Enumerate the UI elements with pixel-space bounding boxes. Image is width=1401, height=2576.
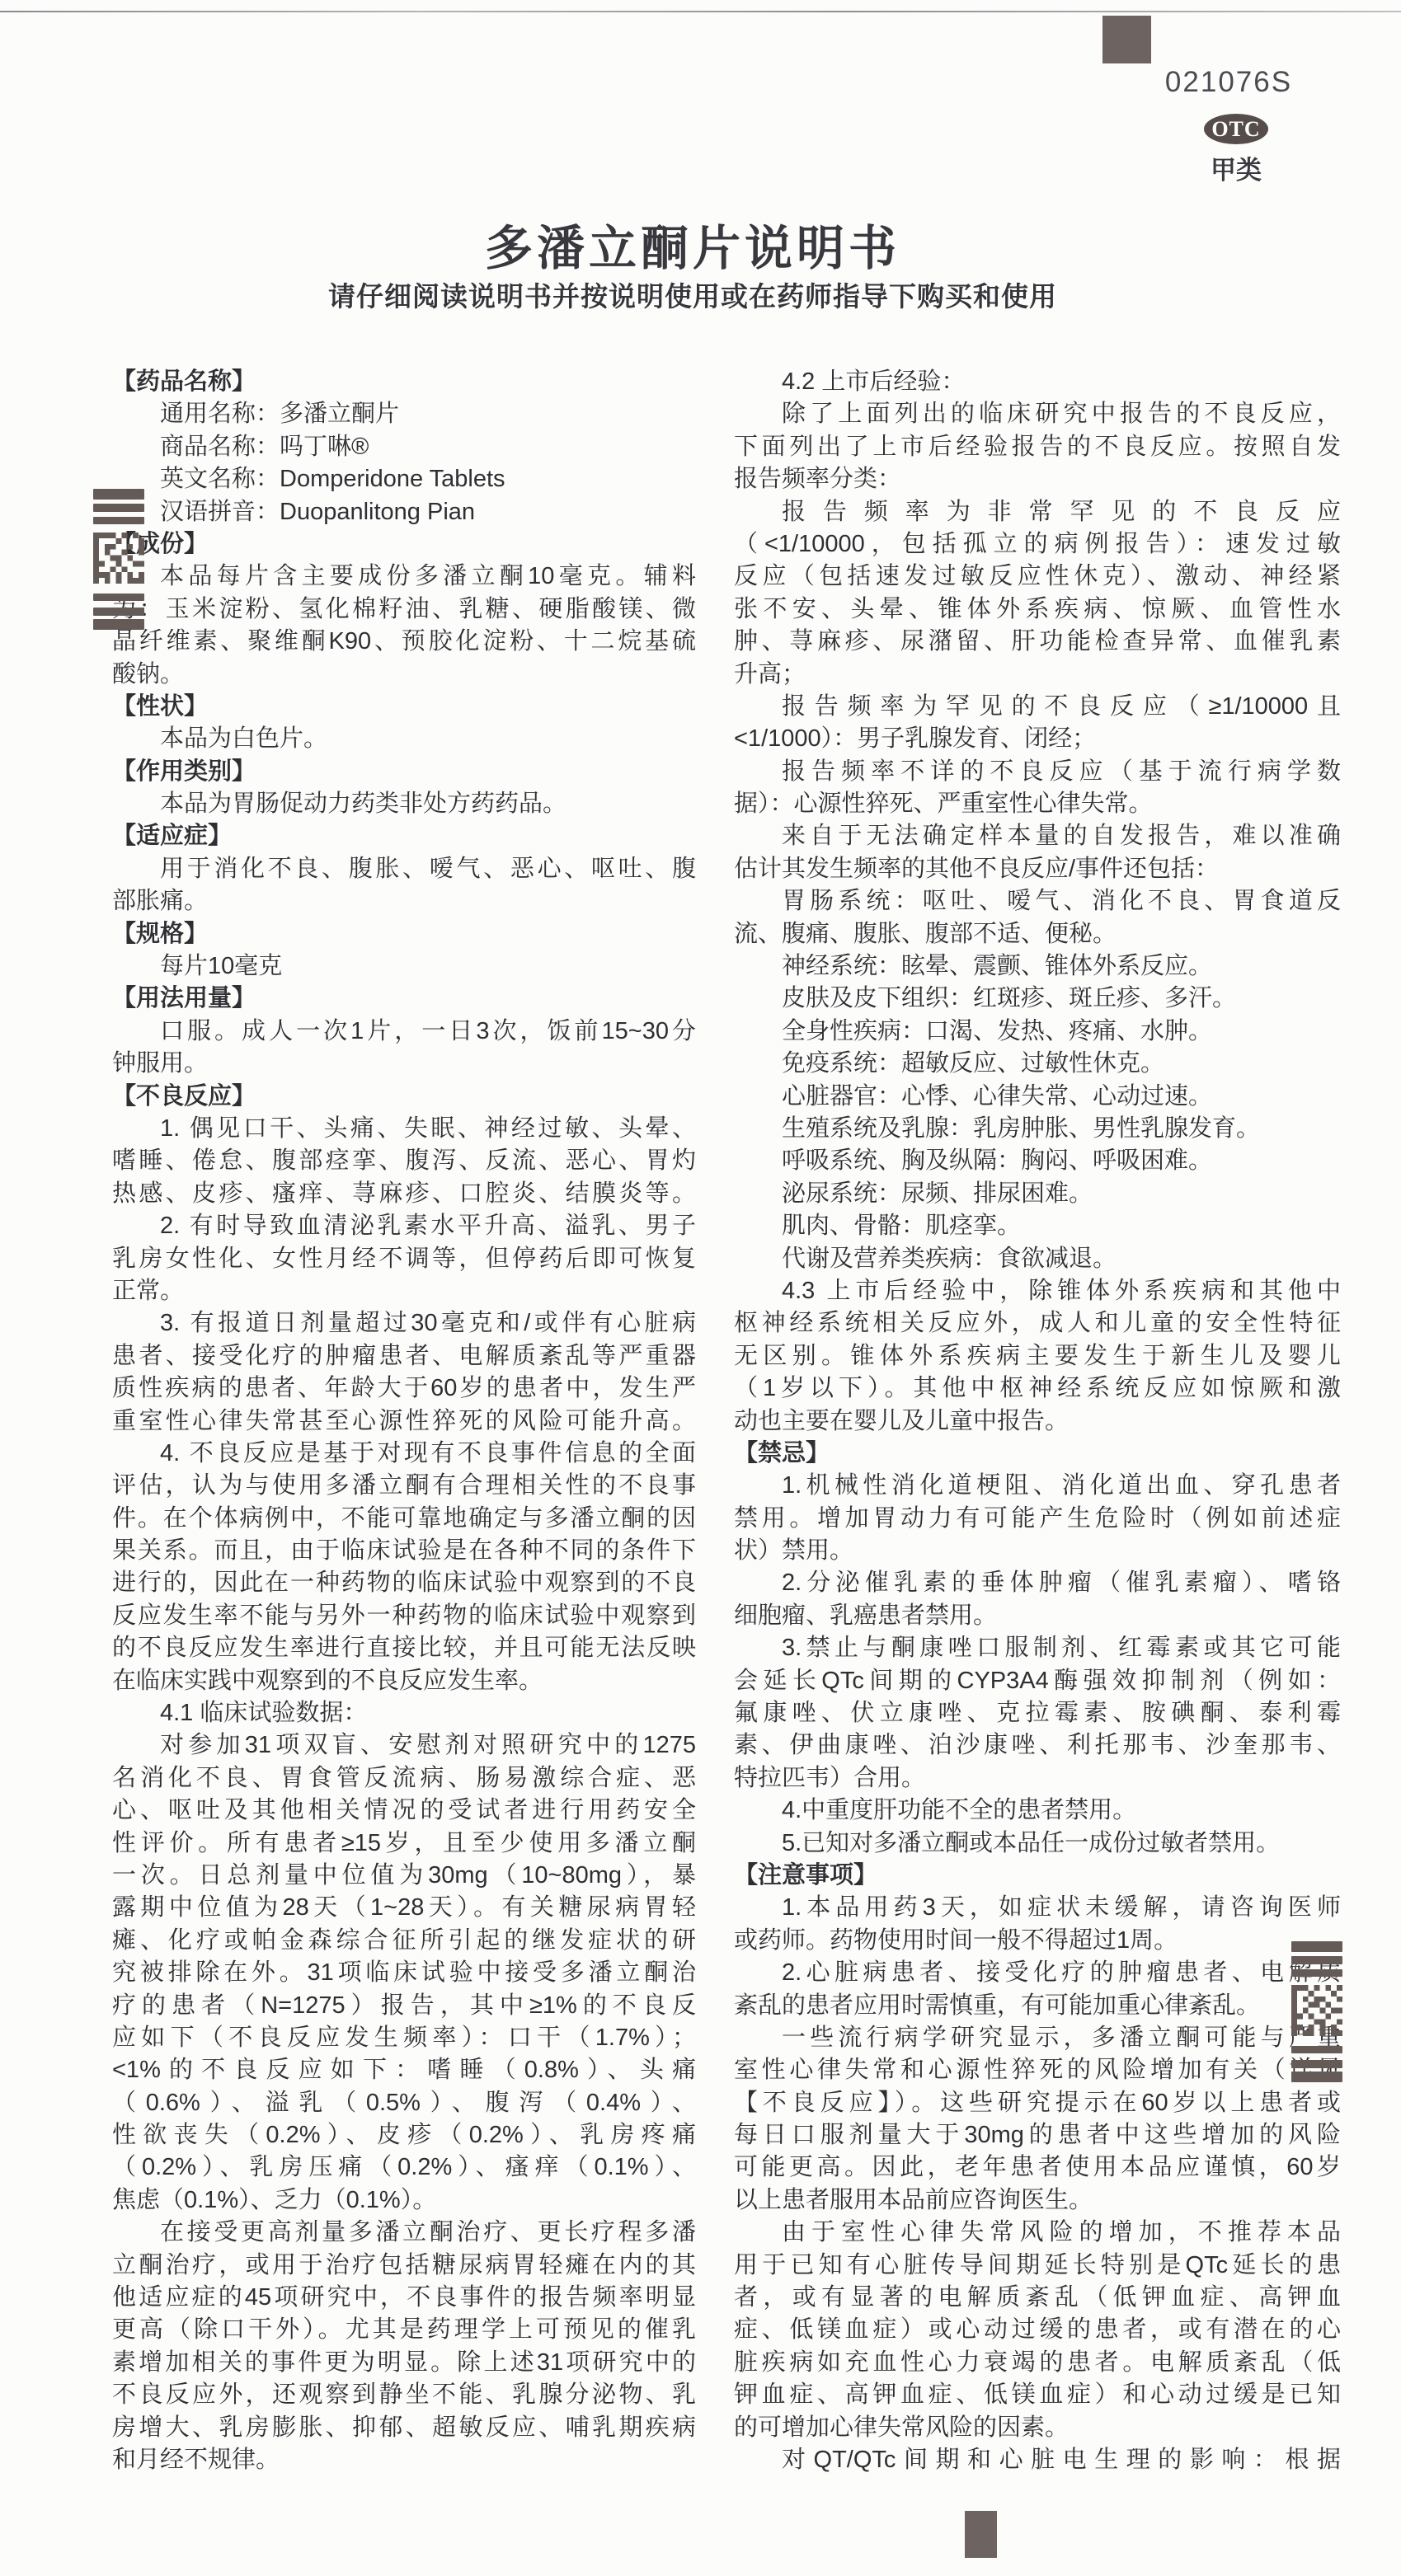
text-line: 脏疾病如充血性心力衰竭的患者。电解质紊乱（低 [734, 2347, 1341, 2379]
text-line: 或药师。药物使用时间一般不得超过1周。 [734, 1925, 1341, 1957]
barcode-bar [1291, 2046, 1342, 2053]
text-line: 可能更高。因此，老年患者使用本品应谨慎，60岁 [734, 2151, 1341, 2184]
text-line: <1%的不良反应如下：嗜睡（0.8%）、头痛 [112, 2054, 696, 2086]
batch-code: 021076S [1146, 66, 1311, 99]
text-line: 报告频率为罕见的不良反应（≥1/10000且 [734, 691, 1341, 723]
text-line: 和月经不规律。 [112, 2444, 696, 2476]
text-line: 症、低镁血症）或心动过缓的患者，或有潜在的心 [734, 2314, 1341, 2346]
text-line: 晶纤维素、聚维酮K90、预胶化淀粉、十二烷基硫 [112, 626, 696, 658]
otc-badge-label: OTC [1211, 117, 1260, 141]
text-line: 以上患者服用本品前应咨询医生。 [734, 2184, 1341, 2217]
text-line: 疗的患者（N=1275）报告，其中≥1%的不良反 [112, 1990, 696, 2022]
registration-square-icon [965, 2511, 997, 2558]
barcode-bar [93, 517, 144, 524]
text-line: 肌肉、骨骼：肌痉挛。 [734, 1210, 1341, 1242]
text-line: 应如下（不良反应发生频率）：口干（1.7%）； [112, 2022, 696, 2054]
text-line: 【用法用量】 [112, 983, 696, 1015]
text-line: 1.机械性消化道梗阻、消化道出血、穿孔患者 [734, 1470, 1341, 1502]
text-line: 据）：心源性猝死、严重室性心律失常。 [734, 788, 1341, 820]
text-line: 果关系。而且，由于临床试验是在各种不同的条件下 [112, 1535, 696, 1567]
text-line: 用于已知有心脏传导间期延长特别是QTc延长的患 [734, 2250, 1341, 2282]
text-line: 肿、荨麻疹、尿潴留、肝功能检查异常、血催乳素 [734, 626, 1341, 658]
text-line: 2.心脏病患者、接受化疗的肿瘤患者、电解质 [734, 1957, 1341, 1989]
text-line: 禁用。增加胃动力有可能产生危险时（例如前述症 [734, 1503, 1341, 1535]
barcode-bar [1291, 2060, 1342, 2068]
leaflet-page: 021076S OTC 甲类 多潘立酮片说明书 请仔细阅读说明书并按说明使用或在… [0, 0, 1401, 2576]
text-line: 在接受更高剂量多潘立酮治疗、更长疗程多潘 [112, 2217, 696, 2249]
text-line: 免疫系统：超敏反应、过敏性休克。 [734, 1048, 1341, 1080]
text-line: 正常。 [112, 1275, 696, 1307]
text-line: 特拉匹韦）合用。 [734, 1762, 1341, 1795]
text-line: 每日口服剂量大于30mg的患者中这些增加的风险 [734, 2119, 1341, 2151]
otc-badge-icon: OTC [1204, 114, 1268, 144]
text-line: 一些流行病学研究显示，多潘立酮可能与严重 [734, 2022, 1341, 2054]
text-line: 他适应症的45项研究中，不良事件的报告频率明显 [112, 2282, 696, 2314]
barcode-bar [93, 619, 144, 630]
text-line: 患者、接受化疗的肿瘤患者、电解质紊乱等严重器 [112, 1340, 696, 1372]
barcode-bar [1291, 1956, 1342, 1964]
text-line: 每片10毫克 [112, 950, 696, 983]
text-line: （0.2%）、乳房压痛（0.2%）、瘙痒（0.1%）、 [112, 2151, 696, 2184]
text-line: 心、呕吐及其他相关情况的受试者进行用药安全 [112, 1795, 696, 1827]
text-line: 瘫、化疗或帕金森综合征所引起的继发症状的研 [112, 1925, 696, 1957]
text-line: 【适应症】 [112, 820, 696, 852]
text-line: 来自于无法确定样本量的自发报告，难以准确 [734, 820, 1341, 852]
text-line: 素增加相关的事件更为明显。除上述31项研究中的 [112, 2347, 696, 2379]
left-column: 【药品名称】通用名称：多潘立酮片商品名称：吗丁啉®英文名称：Domperidon… [112, 366, 696, 2476]
text-line: 5.已知对多潘立酮或本品任一成份过敏者禁用。 [734, 1828, 1341, 1860]
text-line: 4.3 上市后经验中，除锥体外系疾病和其他中 [734, 1275, 1341, 1307]
text-line: 钾血症、高钾血症、低镁血症）和心动过缓是已知 [734, 2379, 1341, 2411]
right-margin-print-mark [1291, 1941, 1342, 2082]
text-line: 本品每片含主要成份多潘立酮10毫克。辅料 [112, 561, 696, 593]
text-line: 【注意事项】 [734, 1860, 1341, 1892]
text-line: <1/1000）：男子乳腺发育、闭经； [734, 723, 1341, 755]
text-line: 商品名称：吗丁啉® [112, 431, 696, 463]
text-line: 由于室性心律失常风险的增加，不推荐本品 [734, 2217, 1341, 2249]
text-line: 2.分泌催乳素的垂体肿瘤（催乳素瘤）、嗜铬 [734, 1567, 1341, 1599]
text-line: 【药品名称】 [112, 366, 696, 398]
text-line: 下面列出了上市后经验报告的不良反应。按照自发 [734, 431, 1341, 463]
text-line: 1. 偶见口干、头痛、失眠、神经过敏、头晕、 [112, 1113, 696, 1145]
text-line: 除了上面列出的临床研究中报告的不良反应， [734, 398, 1341, 430]
text-line: 4.1 临床试验数据： [112, 1697, 696, 1729]
text-line: 升高； [734, 659, 1341, 691]
registration-square-icon [1102, 16, 1151, 63]
text-line: 本品为白色片。 [112, 723, 696, 755]
text-line: 4. 不良反应是基于对现有不良事件信息的全面 [112, 1438, 696, 1470]
text-line: 在临床实践中观察到的不良反应发生率。 [112, 1665, 696, 1697]
text-line: 件。在个体病例中，不能可靠地确定与多潘立酮的因 [112, 1503, 696, 1535]
text-line: 报告频率为非常罕见的不良反应 [734, 496, 1341, 528]
text-line: 究被排除在外。31项临床试验中接受多潘立酮治 [112, 1957, 696, 1989]
text-line: 通用名称：多潘立酮片 [112, 398, 696, 430]
text-line: 心脏器官：心悸、心律失常、心动过速。 [734, 1081, 1341, 1113]
text-line: 枢神经系统相关反应外，成人和儿童的安全性特征 [734, 1307, 1341, 1340]
text-line: 报告频率不详的不良反应（基于流行病学数 [734, 756, 1341, 788]
text-line: 代谢及营养类疾病：食欲减退。 [734, 1243, 1341, 1275]
text-line: （1岁以下）。其他中枢神经系统反应如惊厥和激 [734, 1372, 1341, 1405]
text-line: 【禁忌】 [734, 1438, 1341, 1470]
datamatrix-barcode-icon [93, 533, 144, 584]
text-line: 为：玉米淀粉、氢化棉籽油、乳糖、硬脂酸镁、微 [112, 594, 696, 626]
text-line: 的可增加心律失常风险的因素。 [734, 2412, 1341, 2444]
scan-edge-line [0, 11, 1401, 12]
text-line: 性评价。所有患者≥15岁，且至少使用多潘立酮 [112, 1828, 696, 1860]
text-line: 露期中位值为28天（1~28天）。有关糖尿病胃轻 [112, 1892, 696, 1924]
text-line: 1.本品用药3天，如症状未缓解，请咨询医师 [734, 1892, 1341, 1924]
text-line: 的不良反应发生率进行直接比较，并且可能无法反映 [112, 1632, 696, 1664]
text-line: 不良反应外，还观察到静坐不能、乳腺分泌物、乳 [112, 2379, 696, 2411]
text-line: 【成份】 [112, 528, 696, 561]
text-line: 一次。日总剂量中位值为30mg（10~80mg），暴 [112, 1860, 696, 1892]
text-line: 英文名称：Domperidone Tablets [112, 463, 696, 495]
text-line: 3. 有报道日剂量超过30毫克和/或伴有心脏病 [112, 1307, 696, 1340]
text-line: 呼吸系统、胸及纵隔：胸闷、呼吸困难。 [734, 1145, 1341, 1177]
text-line: 焦虑（0.1%）、乏力（0.1%）。 [112, 2184, 696, 2217]
text-line: 更高（除口干外）。尤其是药理学上可预见的催乳 [112, 2314, 696, 2346]
text-line: 对QT/QTc间期和心脏电生理的影响：根据 [734, 2444, 1341, 2476]
text-line: 者，或有显著的电解质紊乱（低钾血症、高钾血 [734, 2282, 1341, 2314]
barcode-bar [93, 594, 144, 601]
text-line: 估计其发生频率的其他不良反应/事件还包括： [734, 853, 1341, 885]
text-line: 嗜睡、倦怠、腹部痉挛、腹泻、反流、恶心、胃灼 [112, 1145, 696, 1177]
text-line: 动也主要在婴儿及儿童中报告。 [734, 1405, 1341, 1438]
text-line: 名消化不良、胃食管反流病、肠易激综合症、恶 [112, 1762, 696, 1795]
text-line: 房增大、乳房膨胀、抑郁、超敏反应、哺乳期疾病 [112, 2412, 696, 2444]
text-line: 【不良反应】）。这些研究提示在60岁以上患者或 [734, 2087, 1341, 2119]
text-line: 立酮治疗，或用于治疗包括糖尿病胃轻瘫在内的其 [112, 2250, 696, 2282]
text-line: 3.禁止与酮康唑口服制剂、红霉素或其它可能 [734, 1632, 1341, 1664]
text-line: 氟康唑、伏立康唑、克拉霉素、胺碘酮、泰利霉 [734, 1697, 1341, 1729]
text-line: （0.6%）、溢乳（0.5%）、腹泻（0.4%）、 [112, 2087, 696, 2119]
text-line: 本品为胃肠促动力药类非处方药药品。 [112, 788, 696, 820]
text-line: 酸钠。 [112, 659, 696, 691]
barcode-bar [1291, 1969, 1342, 1977]
text-line: 张不安、头晕、锥体外系疾病、惊厥、血管性水 [734, 594, 1341, 626]
text-line: 【性状】 [112, 691, 696, 723]
text-line: 细胞瘤、乳癌患者禁用。 [734, 1600, 1341, 1632]
text-line: 反应（包括速发过敏反应性休克）、激动、神经紧 [734, 561, 1341, 593]
text-line: 【作用类别】 [112, 756, 696, 788]
text-line: 热感、皮疹、瘙痒、荨麻疹、口腔炎、结膜炎等。 [112, 1178, 696, 1210]
text-line: 泌尿系统：尿频、排尿困难。 [734, 1178, 1341, 1210]
text-line: 4.2 上市后经验： [734, 366, 1341, 398]
text-line: 皮肤及皮下组织：红斑疹、斑丘疹、多汗。 [734, 983, 1341, 1015]
text-line: 钟服用。 [112, 1048, 696, 1080]
datamatrix-barcode-icon [1291, 1985, 1342, 2036]
text-line: 流、腹痛、腹胀、腹部不适、便秘。 [734, 918, 1341, 950]
text-line: 性欲丧失（0.2%）、皮疹（0.2%）、乳房疼痛 [112, 2119, 696, 2151]
text-line: 无区别。锥体外系疾病主要发生于新生儿及婴儿 [734, 1340, 1341, 1372]
text-line: 紊乱的患者应用时需慎重，有可能加重心律紊乱。 [734, 1990, 1341, 2022]
text-line: 反应发生率不能与另外一种药物的临床试验中观察到 [112, 1600, 696, 1632]
text-line: 对参加31项双盲、安慰剂对照研究中的1275 [112, 1729, 696, 1762]
text-line: 乳房女性化、女性月经不调等，但停药后即可恢复 [112, 1243, 696, 1275]
text-line: 素、伊曲康唑、泊沙康唑、利托那韦、沙奎那韦、 [734, 1729, 1341, 1762]
barcode-bar [1291, 2072, 1342, 2082]
text-line: （<1/10000，包括孤立的病例报告）：速发过敏 [734, 528, 1341, 561]
text-line: 全身性疾病：口渴、发热、疼痛、水肿。 [734, 1016, 1341, 1048]
left-margin-print-mark [93, 489, 144, 630]
text-line: 2. 有时导致血清泌乳素水平升高、溢乳、男子 [112, 1210, 696, 1242]
text-line: 汉语拼音：Duopanlitong Pian [112, 496, 696, 528]
text-line: 生殖系统及乳腺：乳房肿胀、男性乳腺发育。 [734, 1113, 1341, 1145]
text-line: 【规格】 [112, 918, 696, 950]
barcode-bar [93, 504, 144, 512]
barcode-bar [1291, 1941, 1342, 1952]
barcode-bar [93, 489, 144, 500]
text-line: 【不良反应】 [112, 1081, 696, 1113]
right-column: 4.2 上市后经验：除了上面列出的临床研究中报告的不良反应，下面列出了上市后经验… [734, 366, 1341, 2476]
otc-class-label: 甲类 [1192, 149, 1281, 186]
text-line: 评估，认为与使用多潘立酮有合理相关性的不良事 [112, 1470, 696, 1502]
text-line: 会延长QTc间期的CYP3A4酶强效抑制剂（例如： [734, 1665, 1341, 1697]
text-line: 进行的，因此在一种药物的临床试验中观察到的不良 [112, 1567, 696, 1599]
text-line: 部胀痛。 [112, 885, 696, 917]
page-title: 多潘立酮片说明书 [0, 209, 1385, 279]
text-line: 口服。成人一次1片，一日3次，饭前15~30分 [112, 1016, 696, 1048]
barcode-bar [93, 608, 144, 616]
text-line: 胃肠系统：呕吐、嗳气、消化不良、胃食道反 [734, 885, 1341, 917]
text-line: 状）禁用。 [734, 1535, 1341, 1567]
page-subtitle: 请仔细阅读说明书并按说明使用或在药师指导下购买和使用 [0, 275, 1385, 314]
text-line: 用于消化不良、腹胀、嗳气、恶心、呕吐、腹 [112, 853, 696, 885]
text-line: 4.中重度肝功能不全的患者禁用。 [734, 1795, 1341, 1827]
text-line: 室性心律失常和心源性猝死的风险增加有关（详见 [734, 2054, 1341, 2086]
text-line: 报告频率分类： [734, 463, 1341, 495]
text-line: 神经系统：眩晕、震颤、锥体外系反应。 [734, 950, 1341, 983]
text-line: 重室性心律失常甚至心源性猝死的风险可能升高。 [112, 1405, 696, 1438]
text-line: 质性疾病的患者、年龄大于60岁的患者中，发生严 [112, 1372, 696, 1405]
